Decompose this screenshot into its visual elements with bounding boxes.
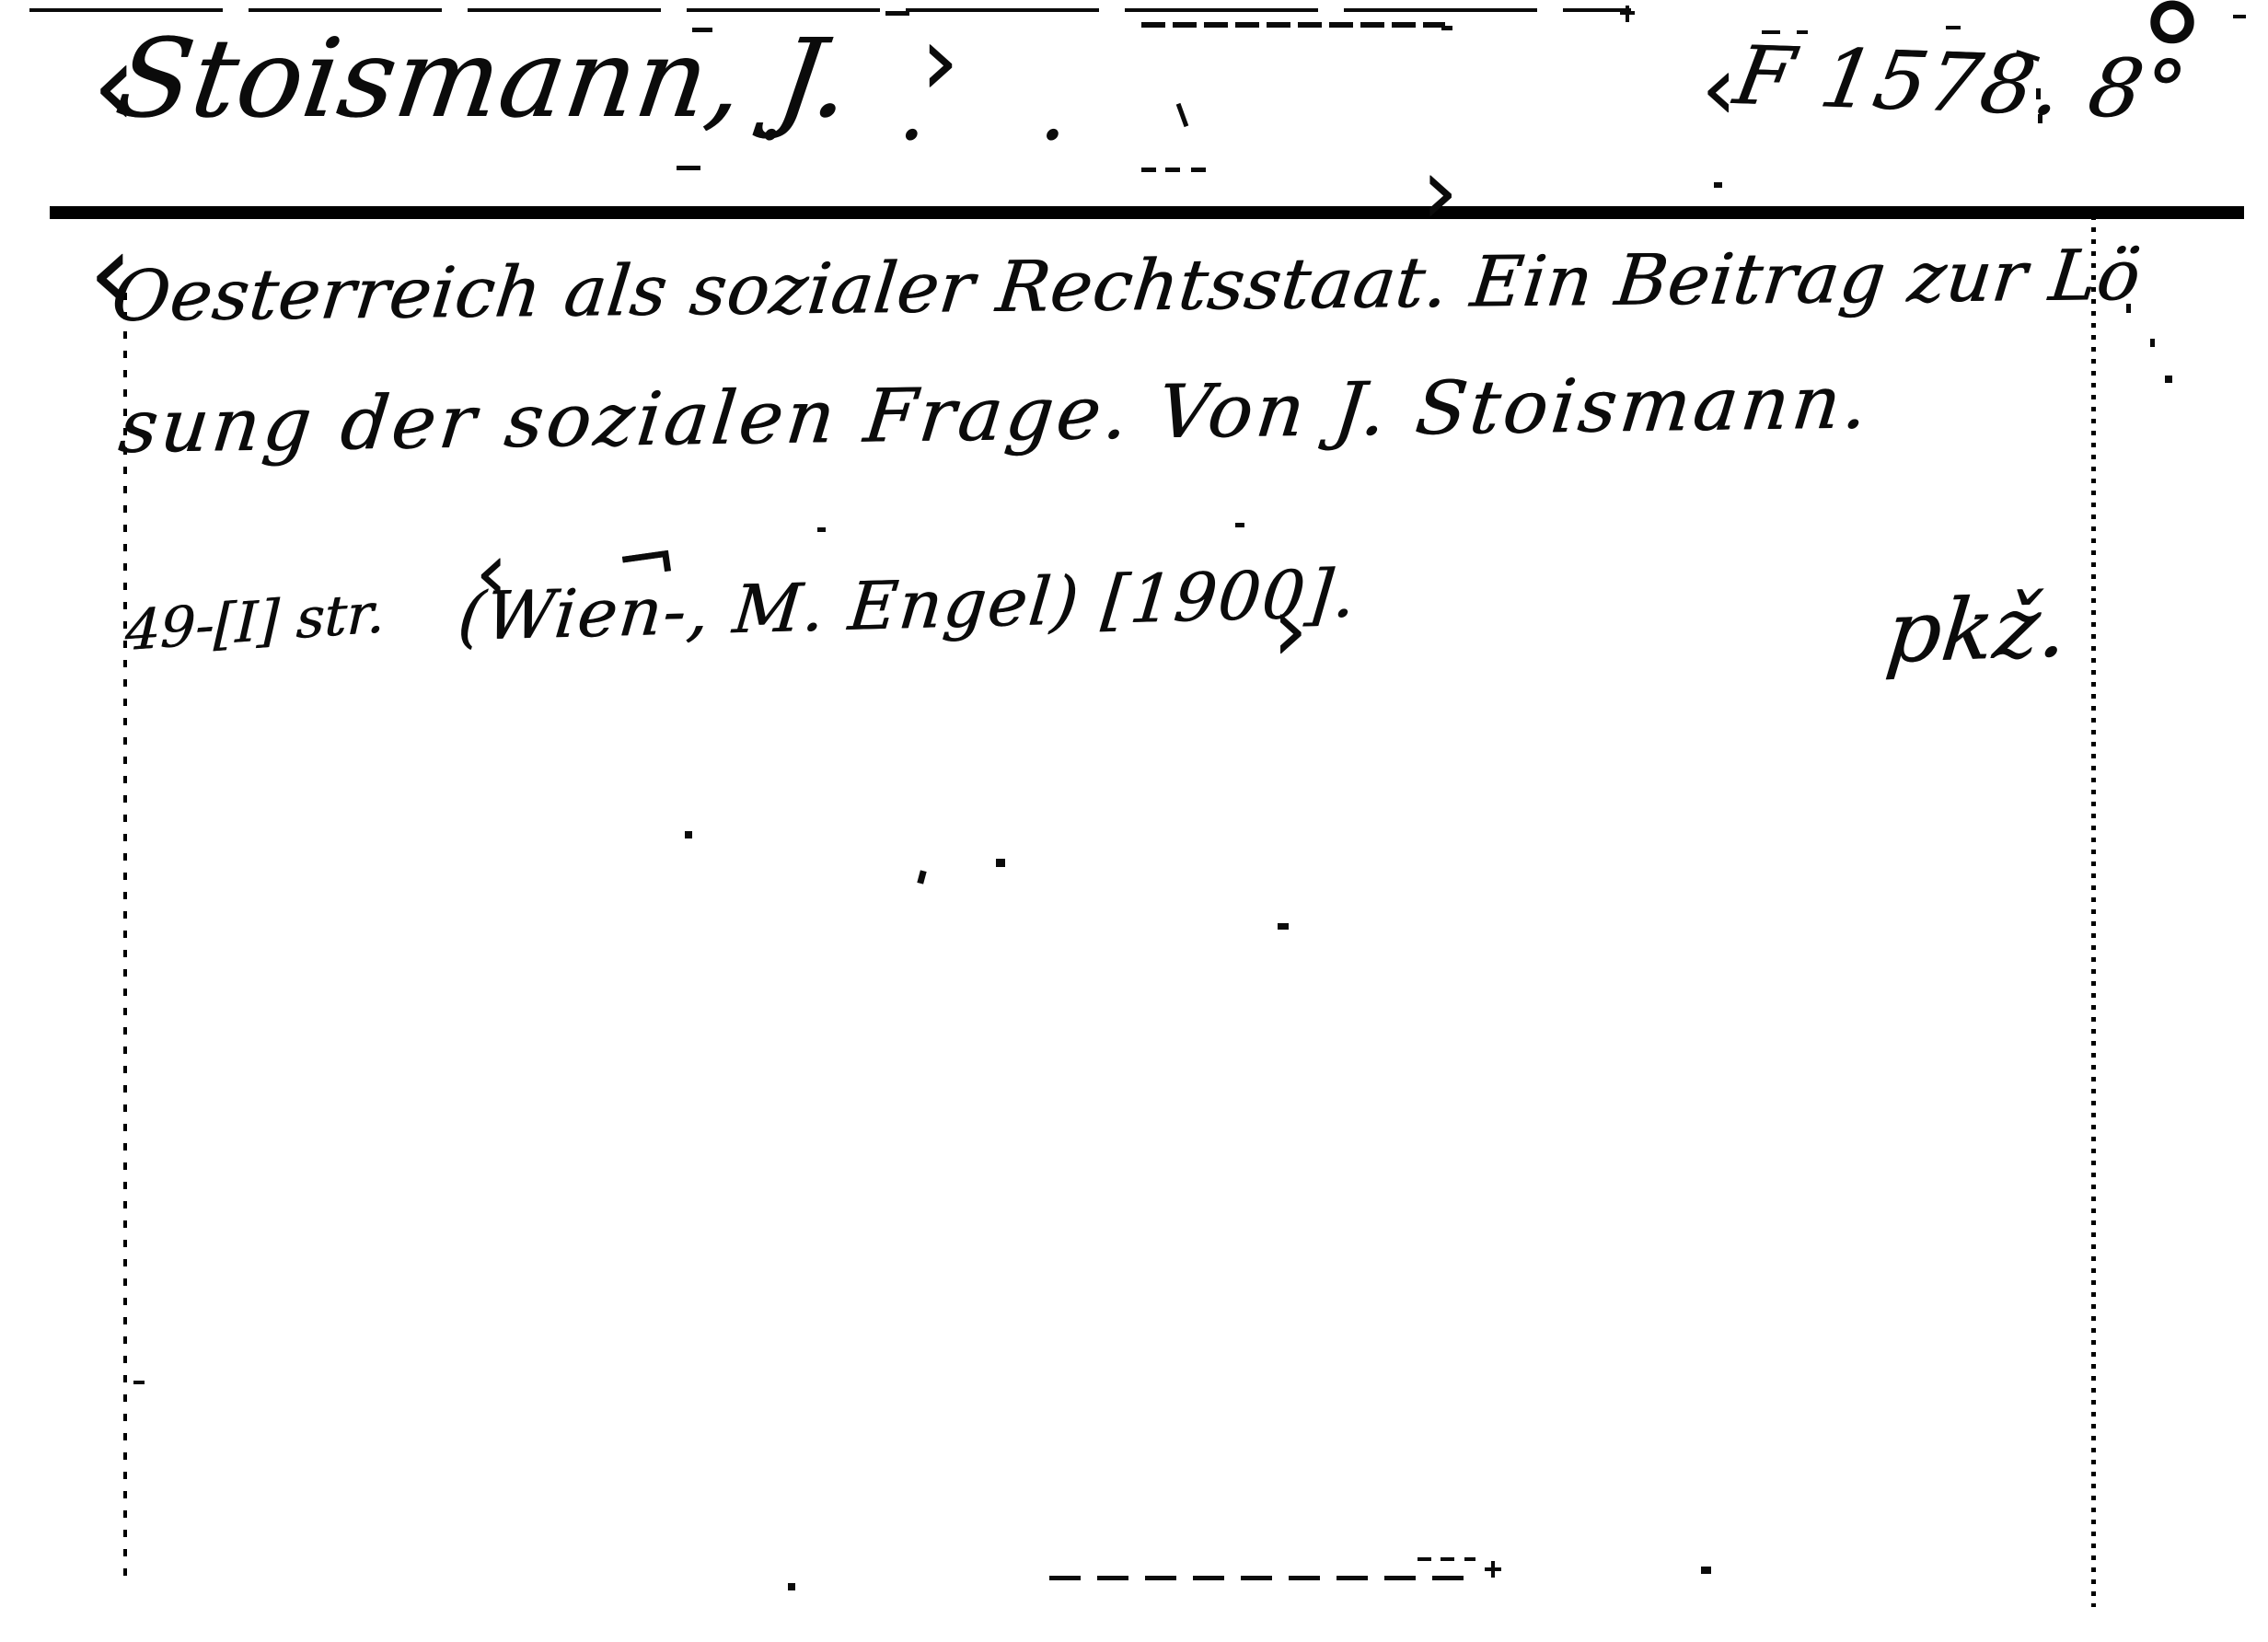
scan-speck [1278, 923, 1289, 930]
scan-speck [1417, 1557, 1431, 1561]
scan-speck [2038, 114, 2042, 123]
check-mark-icon: ‹ [1701, 44, 1736, 133]
scan-speck [996, 859, 1005, 867]
scan-speck [1141, 168, 1156, 172]
scan-speck [1620, 11, 1635, 15]
scan-speck [133, 1381, 145, 1384]
bottom-dashed-line [1049, 1576, 1473, 1580]
scan-speck [2165, 376, 2172, 383]
scan-speck [1441, 26, 1452, 30]
card-top-edge-line [29, 8, 1631, 12]
scan-speck [1714, 182, 1722, 188]
scan-speck [2126, 304, 2131, 313]
catalog-card-scan: Stoismann, J. . . . F 1578. 8° Oesterrei… [0, 0, 2268, 1642]
card-top-edge-fragment [1141, 22, 1445, 28]
scan-speck [917, 870, 926, 884]
scan-speck [2150, 339, 2155, 347]
scan-speck [1464, 1557, 1475, 1561]
scan-speck [1946, 26, 1961, 29]
header-rule [50, 206, 2244, 219]
title-line-1: Oesterreich als sozialer Rechtsstaat. Ei… [109, 240, 2145, 331]
ring-mark-icon: ° [2137, 0, 2206, 125]
check-mark-icon: ‹ [88, 219, 133, 330]
title-line-2: sung der sozialen Frage. Von J. Stoisman… [116, 365, 1875, 464]
scan-speck [1701, 1567, 1711, 1574]
author-heading: Stoismann, J. [110, 24, 858, 133]
scan-speck [1235, 523, 1244, 527]
scan-speck [885, 11, 909, 16]
caret-mark-icon: › [1421, 145, 1458, 237]
scan-speck [1441, 1557, 1454, 1561]
scan-speck [1165, 168, 1180, 172]
check-mark-icon: ‹ [475, 532, 507, 613]
cataloguer-code: pkž. [1882, 584, 2072, 676]
scan-speck [1176, 103, 1189, 127]
collation-statement: 49-[I] str. [124, 585, 386, 659]
scan-speck [2233, 15, 2246, 18]
scan-speck [692, 28, 712, 32]
scan-speck [685, 831, 692, 838]
caret-mark-icon: › [1272, 585, 1307, 674]
caret-mark-icon: › [920, 13, 959, 109]
scan-speck [1191, 168, 1206, 172]
scan-speck [817, 527, 826, 532]
scan-speck [1762, 30, 1780, 34]
scan-speck [1797, 30, 1808, 34]
scan-speck [2036, 88, 2041, 99]
call-number: F 1578. 8° [1729, 35, 2193, 132]
scan-speck [677, 166, 700, 170]
publication-statement: (Wien-, M. Engel) [1900]. [456, 560, 1360, 650]
scan-speck [788, 1583, 795, 1590]
left-perforation-line [123, 293, 127, 1578]
bar-mark-icon: ¬ [610, 519, 682, 601]
right-perforation-line [2091, 215, 2096, 1607]
check-mark-icon: ‹ [92, 29, 136, 145]
scan-speck [1485, 1567, 1501, 1571]
